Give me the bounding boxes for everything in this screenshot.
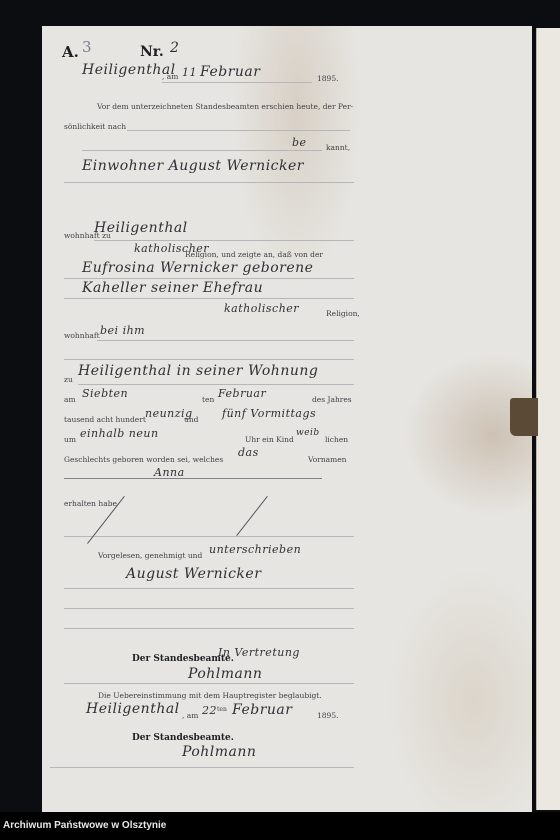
sex-suffix: lichen (325, 435, 348, 444)
known-printed: kannt, (326, 143, 350, 152)
cancel-stroke (236, 496, 268, 536)
approval-handwritten: unterschrieben (209, 543, 301, 556)
cert-day-suffix: ten (217, 706, 227, 713)
intro-line-1: Vor dem unterzeichneten Standesbeamten e… (97, 102, 353, 111)
cert-year: 1895. (317, 711, 338, 720)
known-handwritten: be (292, 136, 307, 149)
number-value: 2 (170, 40, 179, 56)
birthplace-handwritten: Heiligenthal in seiner Wohnung (78, 363, 318, 379)
certification-text: Die Uebereinstimmung mit dem Hauptregist… (98, 691, 322, 700)
rule (64, 628, 354, 629)
date-day: 11 (182, 66, 197, 79)
birthplace-label: zu (64, 375, 73, 384)
rule (64, 683, 354, 684)
birth-time-label: um (64, 435, 76, 444)
received-label: erhalten habe (64, 499, 117, 508)
document-page: A. 3 Nr. 2 Heiligenthal , am 11 Februar … (42, 26, 532, 812)
name-handwritten-1: das (238, 446, 259, 459)
sex-handwritten: weib (296, 428, 320, 438)
paper-damage (510, 398, 538, 436)
rule (50, 767, 354, 768)
mother-religion-printed: Religion, (326, 309, 360, 318)
rule (64, 359, 354, 360)
cert-date-prefix: , am (182, 711, 198, 720)
religion-line: Religion, und zeigte an, daß von der (185, 250, 323, 259)
birth-year-label: des Jahres (312, 395, 352, 404)
mother-line-2: Kaheller seiner Ehefrau (82, 280, 263, 296)
rule (94, 240, 354, 241)
birth-year-printed-2: und (184, 415, 198, 424)
cert-place: Heiligenthal (86, 701, 180, 717)
rule (64, 478, 322, 479)
birth-day-label: am (64, 395, 76, 404)
rule (78, 384, 354, 385)
rule (64, 182, 354, 183)
year-printed: 1895. (317, 74, 338, 83)
adjacent-page-edge (536, 28, 560, 810)
declarant-handwritten: Einwohner August Wernicker (82, 158, 304, 174)
birth-year-handwritten-2: fünf Vormittags (222, 407, 316, 420)
rule (82, 150, 322, 151)
approval-printed: Vorgelesen, genehmigt und (98, 551, 202, 560)
mother-residence-handwritten: bei ihm (100, 324, 145, 337)
number-label: Nr. (140, 44, 164, 60)
birth-time-handwritten: einhalb neun (80, 427, 159, 440)
cert-registrar-signature: Pohlmann (182, 744, 256, 760)
birth-time-printed: Uhr ein Kind (245, 435, 294, 444)
mother-residence-label: wohnhaft (64, 331, 100, 340)
form-series: A. (62, 43, 79, 61)
date-prefix: , am (162, 72, 178, 81)
rule (64, 298, 354, 299)
birth-month-handwritten: Februar (218, 387, 266, 400)
rule (162, 82, 312, 83)
signature-declarant: August Wernicker (126, 566, 261, 582)
rule (127, 130, 350, 131)
series-pencil-mark: 3 (82, 38, 92, 56)
mother-religion-handwritten: katholischer (224, 302, 299, 315)
birth-day-handwritten: Siebten (82, 387, 128, 400)
rule (64, 588, 354, 589)
cert-month: Februar (232, 702, 292, 718)
archive-name: Archiwum Państwowe w Olsztynie (3, 820, 166, 831)
intro-line-2: sönlichkeit nach (64, 122, 126, 131)
birth-month-label: ten (202, 395, 214, 404)
rule (64, 278, 354, 279)
rule (64, 608, 354, 609)
date-month: Februar (200, 64, 260, 80)
birth-year-printed-1: tausend acht hundert (64, 415, 146, 424)
rule (64, 536, 354, 537)
rule (97, 340, 354, 341)
archive-footer: Archiwum Państwowe w Olsztynie (0, 812, 560, 840)
registrar-deputy: In Vertretung (218, 646, 300, 659)
cert-day: 22 (202, 704, 217, 717)
mother-line-1: Eufrosina Wernicker geborene (82, 260, 313, 276)
given-name-label: Vornamen (308, 455, 347, 464)
cert-registrar-label: Der Standesbeamte. (132, 733, 234, 743)
sex-line: Geschlechts geboren worden sei, welches (64, 455, 223, 464)
residence-handwritten: Heiligenthal (94, 220, 188, 236)
registrar-signature: Pohlmann (188, 666, 262, 682)
